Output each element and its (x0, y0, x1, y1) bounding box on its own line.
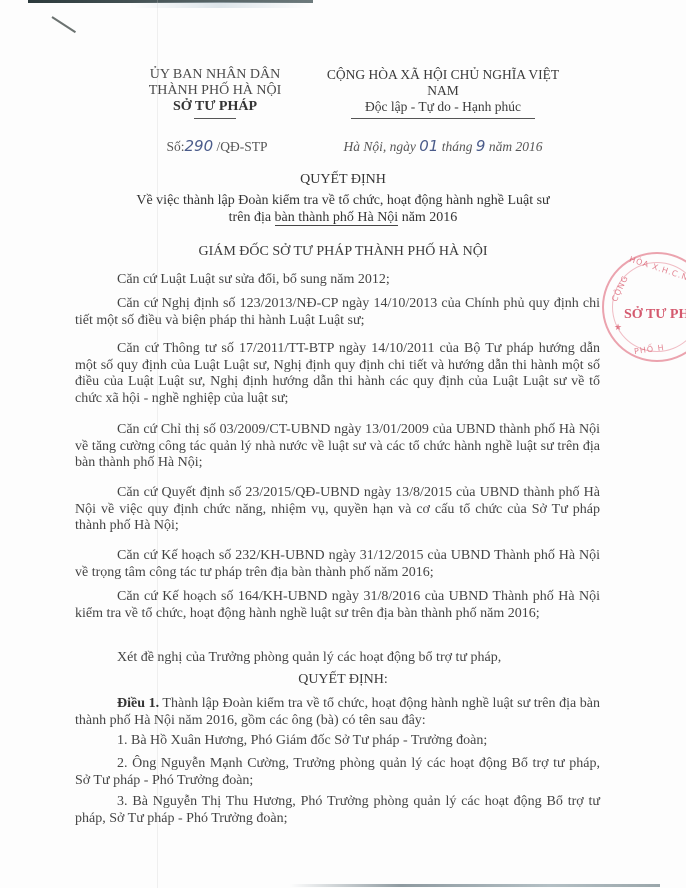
legal-ground-text: Căn cứ Nghị định số 123/2013/NĐ-CP ngày … (75, 296, 600, 329)
seal-star-icon: ★ (614, 322, 622, 333)
article-1-label: Điều 1. (117, 696, 159, 711)
national-motto: Độc lập - Tự do - Hạnh phúc (351, 99, 535, 119)
legal-ground: Căn cứ Thông tư số 17/2011/TT-BTP ngày 1… (75, 341, 600, 407)
official-seal-stamp: HÒA X.H.C.N CỘNG ★ SỞ TƯ PH. PHỐ H (602, 252, 686, 362)
legal-ground: Căn cứ Luật Luật sư sửa đổi, bổ sung năm… (75, 272, 600, 289)
national-heading: CỘNG HÒA XÃ HỘI CHỦ NGHĨA VIỆT NAM Độc l… (318, 67, 568, 119)
legal-ground-text: Căn cứ Chỉ thị số 03/2009/CT-UBND ngày 1… (75, 422, 600, 472)
member-text: 2. Ông Nguyễn Mạnh Cường, Trưởng phòng q… (75, 756, 600, 789)
proposal-ground: Xét đề nghị của Trưởng phòng quản lý các… (75, 650, 600, 667)
subject-line-2-underlined: bàn thành phố Hà Nội (275, 210, 399, 226)
number-prefix: Số: (166, 139, 184, 154)
legal-ground: Căn cứ Nghị định số 123/2013/NĐ-CP ngày … (75, 296, 600, 329)
legal-ground-text: Căn cứ Kế hoạch số 164/KH-UBND ngày 31/8… (75, 589, 600, 622)
document-number: Số:290 /QĐ-STP (132, 137, 302, 155)
document-subject: Về việc thành lập Đoàn kiểm tra về tổ ch… (0, 192, 686, 226)
legal-ground-text: Căn cứ Luật Luật sư sửa đổi, bổ sung năm… (75, 272, 600, 289)
member-text: 3. Bà Nguyễn Thị Thu Hương, Phó Trưởng p… (75, 794, 600, 827)
legal-ground-text: Căn cứ Thông tư số 17/2011/TT-BTP ngày 1… (75, 341, 600, 407)
subject-line-1: Về việc thành lập Đoàn kiểm tra về tổ ch… (0, 192, 686, 209)
document-date: Hà Nội, ngày 01 tháng 9 năm 2016 (318, 137, 568, 155)
legal-ground: Căn cứ Chỉ thị số 03/2009/CT-UBND ngày 1… (75, 422, 600, 472)
scan-edge-bottom (290, 884, 660, 887)
member-item: 2. Ông Nguyễn Mạnh Cường, Trưởng phòng q… (75, 756, 600, 789)
agency-line-1: ỦY BAN NHÂN DÂN (130, 67, 300, 83)
document-type: QUYẾT ĐỊNH (0, 172, 686, 188)
subject-line-2: trên địa bàn thành phố Hà Nội năm 2016 (0, 209, 686, 226)
member-item: 1. Bà Hồ Xuân Hương, Phó Giám đốc Sở Tư … (75, 733, 600, 750)
legal-ground: Căn cứ Kế hoạch số 164/KH-UBND ngày 31/8… (75, 589, 600, 622)
issuing-authority: GIÁM ĐỐC SỞ TƯ PHÁP THÀNH PHỐ HÀ NỘI (0, 244, 686, 260)
number-suffix: /QĐ-STP (213, 139, 267, 154)
seal-center-text: SỞ TƯ PH. (624, 307, 686, 323)
legal-ground-text: Căn cứ Kế hoạch số 232/KH-UBND ngày 31/1… (75, 548, 600, 581)
nation-name: CỘNG HÒA XÃ HỘI CHỦ NGHĨA VIỆT NAM (318, 67, 568, 99)
member-item: 3. Bà Nguyễn Thị Thu Hương, Phó Trưởng p… (75, 794, 600, 827)
legal-ground-text: Căn cứ Quyết định số 23/2015/QĐ-UBND ngà… (75, 485, 600, 535)
date-prefix: Hà Nội, ngày (344, 139, 420, 154)
issuing-agency: ỦY BAN NHÂN DÂN THÀNH PHỐ HÀ NỘI SỞ TƯ P… (130, 67, 300, 119)
decision-heading: QUYẾT ĐỊNH: (0, 672, 686, 688)
proposal-text: Xét đề nghị của Trưởng phòng quản lý các… (75, 650, 600, 667)
agency-underline (194, 118, 236, 119)
member-text: 1. Bà Hồ Xuân Hương, Phó Giám đốc Sở Tư … (75, 733, 600, 750)
article-1: Điều 1. Thành lập Đoàn kiểm tra về tổ ch… (75, 696, 600, 729)
subject-line-2-c: năm 2016 (398, 210, 457, 225)
number-handwritten: 290 (184, 137, 213, 155)
date-suffix: năm 2016 (485, 139, 542, 154)
legal-ground: Căn cứ Kế hoạch số 232/KH-UBND ngày 31/1… (75, 548, 600, 581)
date-day-handwritten: 01 (419, 137, 438, 155)
legal-ground: Căn cứ Quyết định số 23/2015/QĐ-UBND ngà… (75, 485, 600, 535)
pen-mark (51, 16, 76, 33)
subject-line-2-a: trên địa (229, 210, 275, 225)
date-mid: tháng (438, 139, 476, 154)
agency-line-3: SỞ TƯ PHÁP (130, 99, 300, 115)
agency-line-2: THÀNH PHỐ HÀ NỘI (130, 83, 300, 99)
